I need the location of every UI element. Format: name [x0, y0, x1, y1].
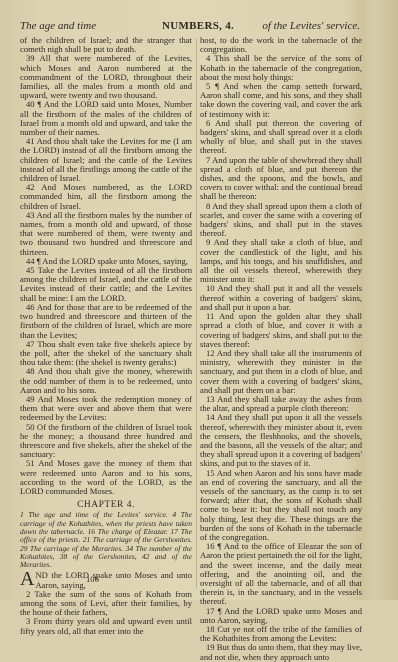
chapter-4-verse-2: 2 Take the sum of the sons of Kohath fro… — [20, 590, 192, 600]
verse-1-text: ND the LORD spake unto Moses and unto Aa… — [35, 570, 192, 589]
verse-49: 49 And Moses took the redemption money o… — [20, 395, 192, 423]
left-column: of the children of Israel; and the stran… — [20, 36, 192, 600]
page-number: 106 — [86, 574, 99, 584]
drop-cap-letter: A — [20, 571, 34, 588]
verse-7: 7 And upon the table of shewbread they s… — [200, 156, 362, 202]
verse-8: 8 And they shall spread upon them a clot… — [200, 202, 362, 239]
verse-50: 50 Of the firstborn of the children of I… — [20, 423, 192, 460]
verse-43: 43 And all the firstborn males by the nu… — [20, 211, 192, 257]
verse-14: 14 And they shall put upon it all the ve… — [200, 413, 362, 468]
header-left-title: The age and time — [20, 20, 96, 32]
column-divider — [196, 38, 197, 588]
verse-4: 4 This shall be the service of the sons … — [200, 54, 362, 82]
verse-11: 11 And upon the golden altar they shall … — [200, 312, 362, 349]
right-column: host, to do the work in the tabernacle o… — [200, 36, 362, 600]
verse-41: 41 And thou shalt take the Levites for m… — [20, 137, 192, 183]
verse-5: 5 ¶ And when the camp setteth forward, A… — [200, 82, 362, 119]
running-header: The age and time NUMBERS, 4. of the Levi… — [20, 20, 360, 34]
book-page: The age and time NUMBERS, 4. of the Levi… — [0, 0, 398, 600]
verse-10: 10 And they shall put it and all the ves… — [200, 284, 362, 312]
verse-40: 40 ¶ And the LORD said unto Moses, Numbe… — [20, 100, 192, 137]
verse-13: 13 And they shall take away the ashes fr… — [200, 395, 362, 413]
header-right-title: of the Levites' service. — [262, 20, 360, 32]
verse-45: 45 Take the Levites instead of all the f… — [20, 266, 192, 303]
verse-47: 47 Thou shalt even take five shekels api… — [20, 340, 192, 368]
chapter-heading: CHAPTER 4. — [20, 501, 192, 510]
verse-15: 15 And when Aaron and his sons have made… — [200, 469, 362, 543]
verse-16: 16 ¶ And to the office of Eleazar the so… — [200, 542, 362, 600]
verse-12: 12 And they shall take all the instrumen… — [200, 349, 362, 395]
chapter-4-verse-1: AND the LORD spake unto Moses and unto A… — [20, 571, 192, 589]
verse-42: 42 And Moses numbered, as the LORD comma… — [20, 183, 192, 211]
verse-9: 9 And they shall take a cloth of blue, a… — [200, 238, 362, 284]
verse-3-continuation: host, to do the work in the tabernacle o… — [200, 36, 362, 54]
chapter-summary: 1 The age and time of the Levites' servi… — [20, 511, 192, 569]
verse-48: 48 And thou shalt give the money, wherew… — [20, 367, 192, 395]
verse-46: 46 And for those that are to be redeemed… — [20, 303, 192, 340]
verse-39: 39 All that were numbered of the Levites… — [20, 54, 192, 100]
header-book-chapter: NUMBERS, 4. — [162, 20, 234, 32]
verse-51: 51 And Moses gave the money of them that… — [20, 459, 192, 496]
verse-6: 6 And shall put thereon the covering of … — [200, 119, 362, 156]
verse-38-continuation: of the children of Israel; and the stran… — [20, 36, 192, 54]
